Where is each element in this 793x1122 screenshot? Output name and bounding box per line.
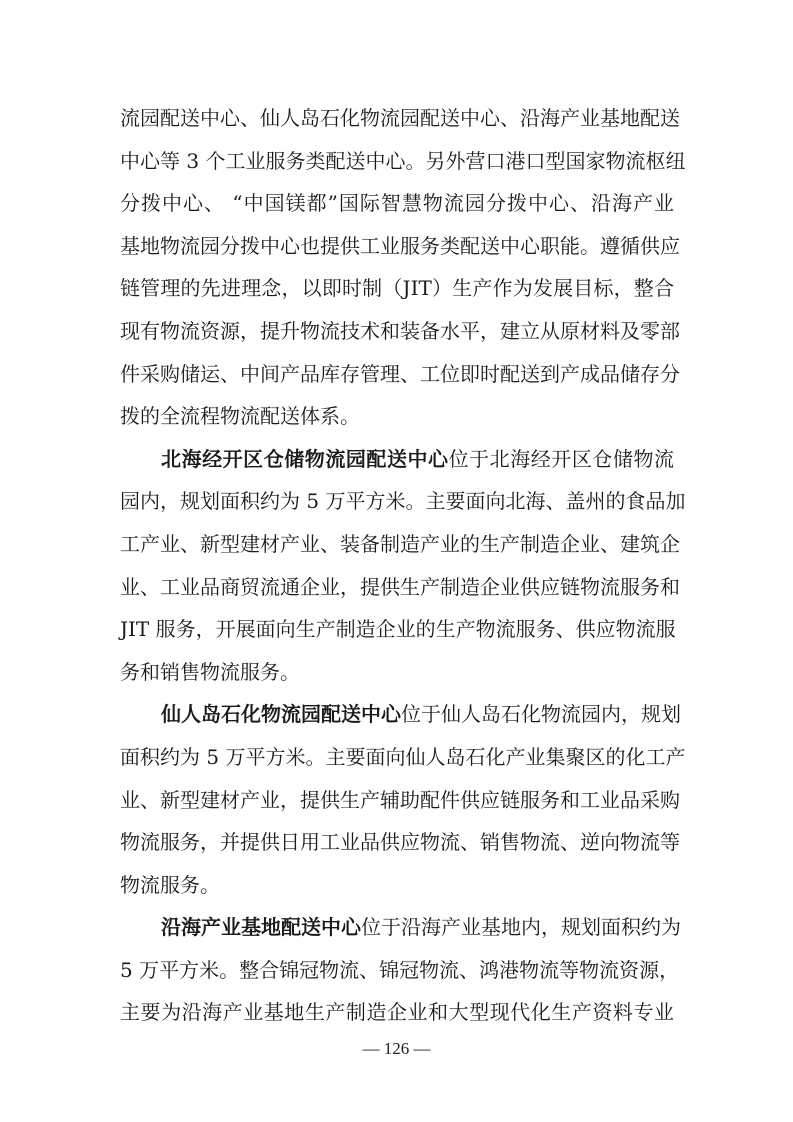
- section-heading: 北海经开区仓储物流园配送中心: [161, 447, 449, 471]
- document-body: 流园配送中心、仙人岛石化物流园配送中心、沿海产业基地配送 中心等 3 个工业服务…: [120, 103, 674, 1040]
- text-line: 面积约为 5 万平方米。主要面向仙人岛石化产业集聚区的化工产: [120, 742, 674, 785]
- text-line: 沿海产业基地配送中心位于沿海产业基地内，规划面积约为: [120, 912, 674, 955]
- page-number: — 126 —: [0, 1039, 793, 1059]
- text-line: 业、工业品商贸流通企业，提供生产制造企业供应链物流服务和: [120, 572, 674, 615]
- text-line: 仙人岛石化物流园配送中心位于仙人岛石化物流园内，规划: [120, 699, 674, 742]
- text-line: 5 万平方米。整合锦冠物流、锦冠物流、鸿港物流等物流资源，: [120, 955, 674, 998]
- text-line: 件采购储运、中间产品库存管理、工位即时配送到产成品储存分: [120, 359, 674, 402]
- text-line: 基地物流园分拨中心也提供工业服务类配送中心职能。遵循供应: [120, 231, 674, 274]
- text-line: 物流服务，并提供日用工业品供应物流、销售物流、逆向物流等: [120, 827, 674, 870]
- text-span: 位于仙人岛石化物流园内，规划: [401, 702, 681, 726]
- text-line: 务和销售物流服务。: [120, 657, 674, 700]
- text-line: 流园配送中心、仙人岛石化物流园配送中心、沿海产业基地配送: [120, 103, 674, 146]
- text-line: 链管理的先进理念，以即时制（JIT）生产作为发展目标，整合: [120, 273, 674, 316]
- paragraph-intro: 流园配送中心、仙人岛石化物流园配送中心、沿海产业基地配送 中心等 3 个工业服务…: [120, 103, 674, 444]
- text-line: 拨的全流程物流配送体系。: [120, 401, 674, 444]
- text-line: 中心等 3 个工业服务类配送中心。另外营口港口型国家物流枢纽: [120, 146, 674, 189]
- text-line: JIT 服务，开展面向生产制造企业的生产物流服务、供应物流服: [120, 614, 674, 657]
- paragraph-beihai: 北海经开区仓储物流园配送中心位于北海经开区仓储物流 园内，规划面积约为 5 万平…: [120, 444, 674, 700]
- text-line: 分拨中心、 “中国镁都”国际智慧物流园分拨中心、沿海产业: [120, 188, 674, 231]
- paragraph-xianrendao: 仙人岛石化物流园配送中心位于仙人岛石化物流园内，规划 面积约为 5 万平方米。主…: [120, 699, 674, 912]
- text-line: 主要为沿海产业基地生产制造企业和大型现代化生产资料专业: [120, 997, 674, 1040]
- paragraph-coastal: 沿海产业基地配送中心位于沿海产业基地内，规划面积约为 5 万平方米。整合锦冠物流…: [120, 912, 674, 1040]
- text-line: 现有物流资源，提升物流技术和装备水平，建立从原材料及零部: [120, 316, 674, 359]
- text-line: 业、新型建材产业，提供生产辅助配件供应链服务和工业品采购: [120, 785, 674, 828]
- section-heading: 沿海产业基地配送中心: [161, 915, 361, 939]
- text-line: 北海经开区仓储物流园配送中心位于北海经开区仓储物流: [120, 444, 674, 487]
- text-span: 位于沿海产业基地内，规划面积约为: [361, 915, 681, 939]
- text-line: 工产业、新型建材产业、装备制造产业的生产制造企业、建筑企: [120, 529, 674, 572]
- text-line: 物流服务。: [120, 870, 674, 913]
- text-span: 位于北海经开区仓储物流: [449, 447, 674, 471]
- text-line: 园内，规划面积约为 5 万平方米。主要面向北海、盖州的食品加: [120, 486, 674, 529]
- section-heading: 仙人岛石化物流园配送中心: [161, 702, 401, 726]
